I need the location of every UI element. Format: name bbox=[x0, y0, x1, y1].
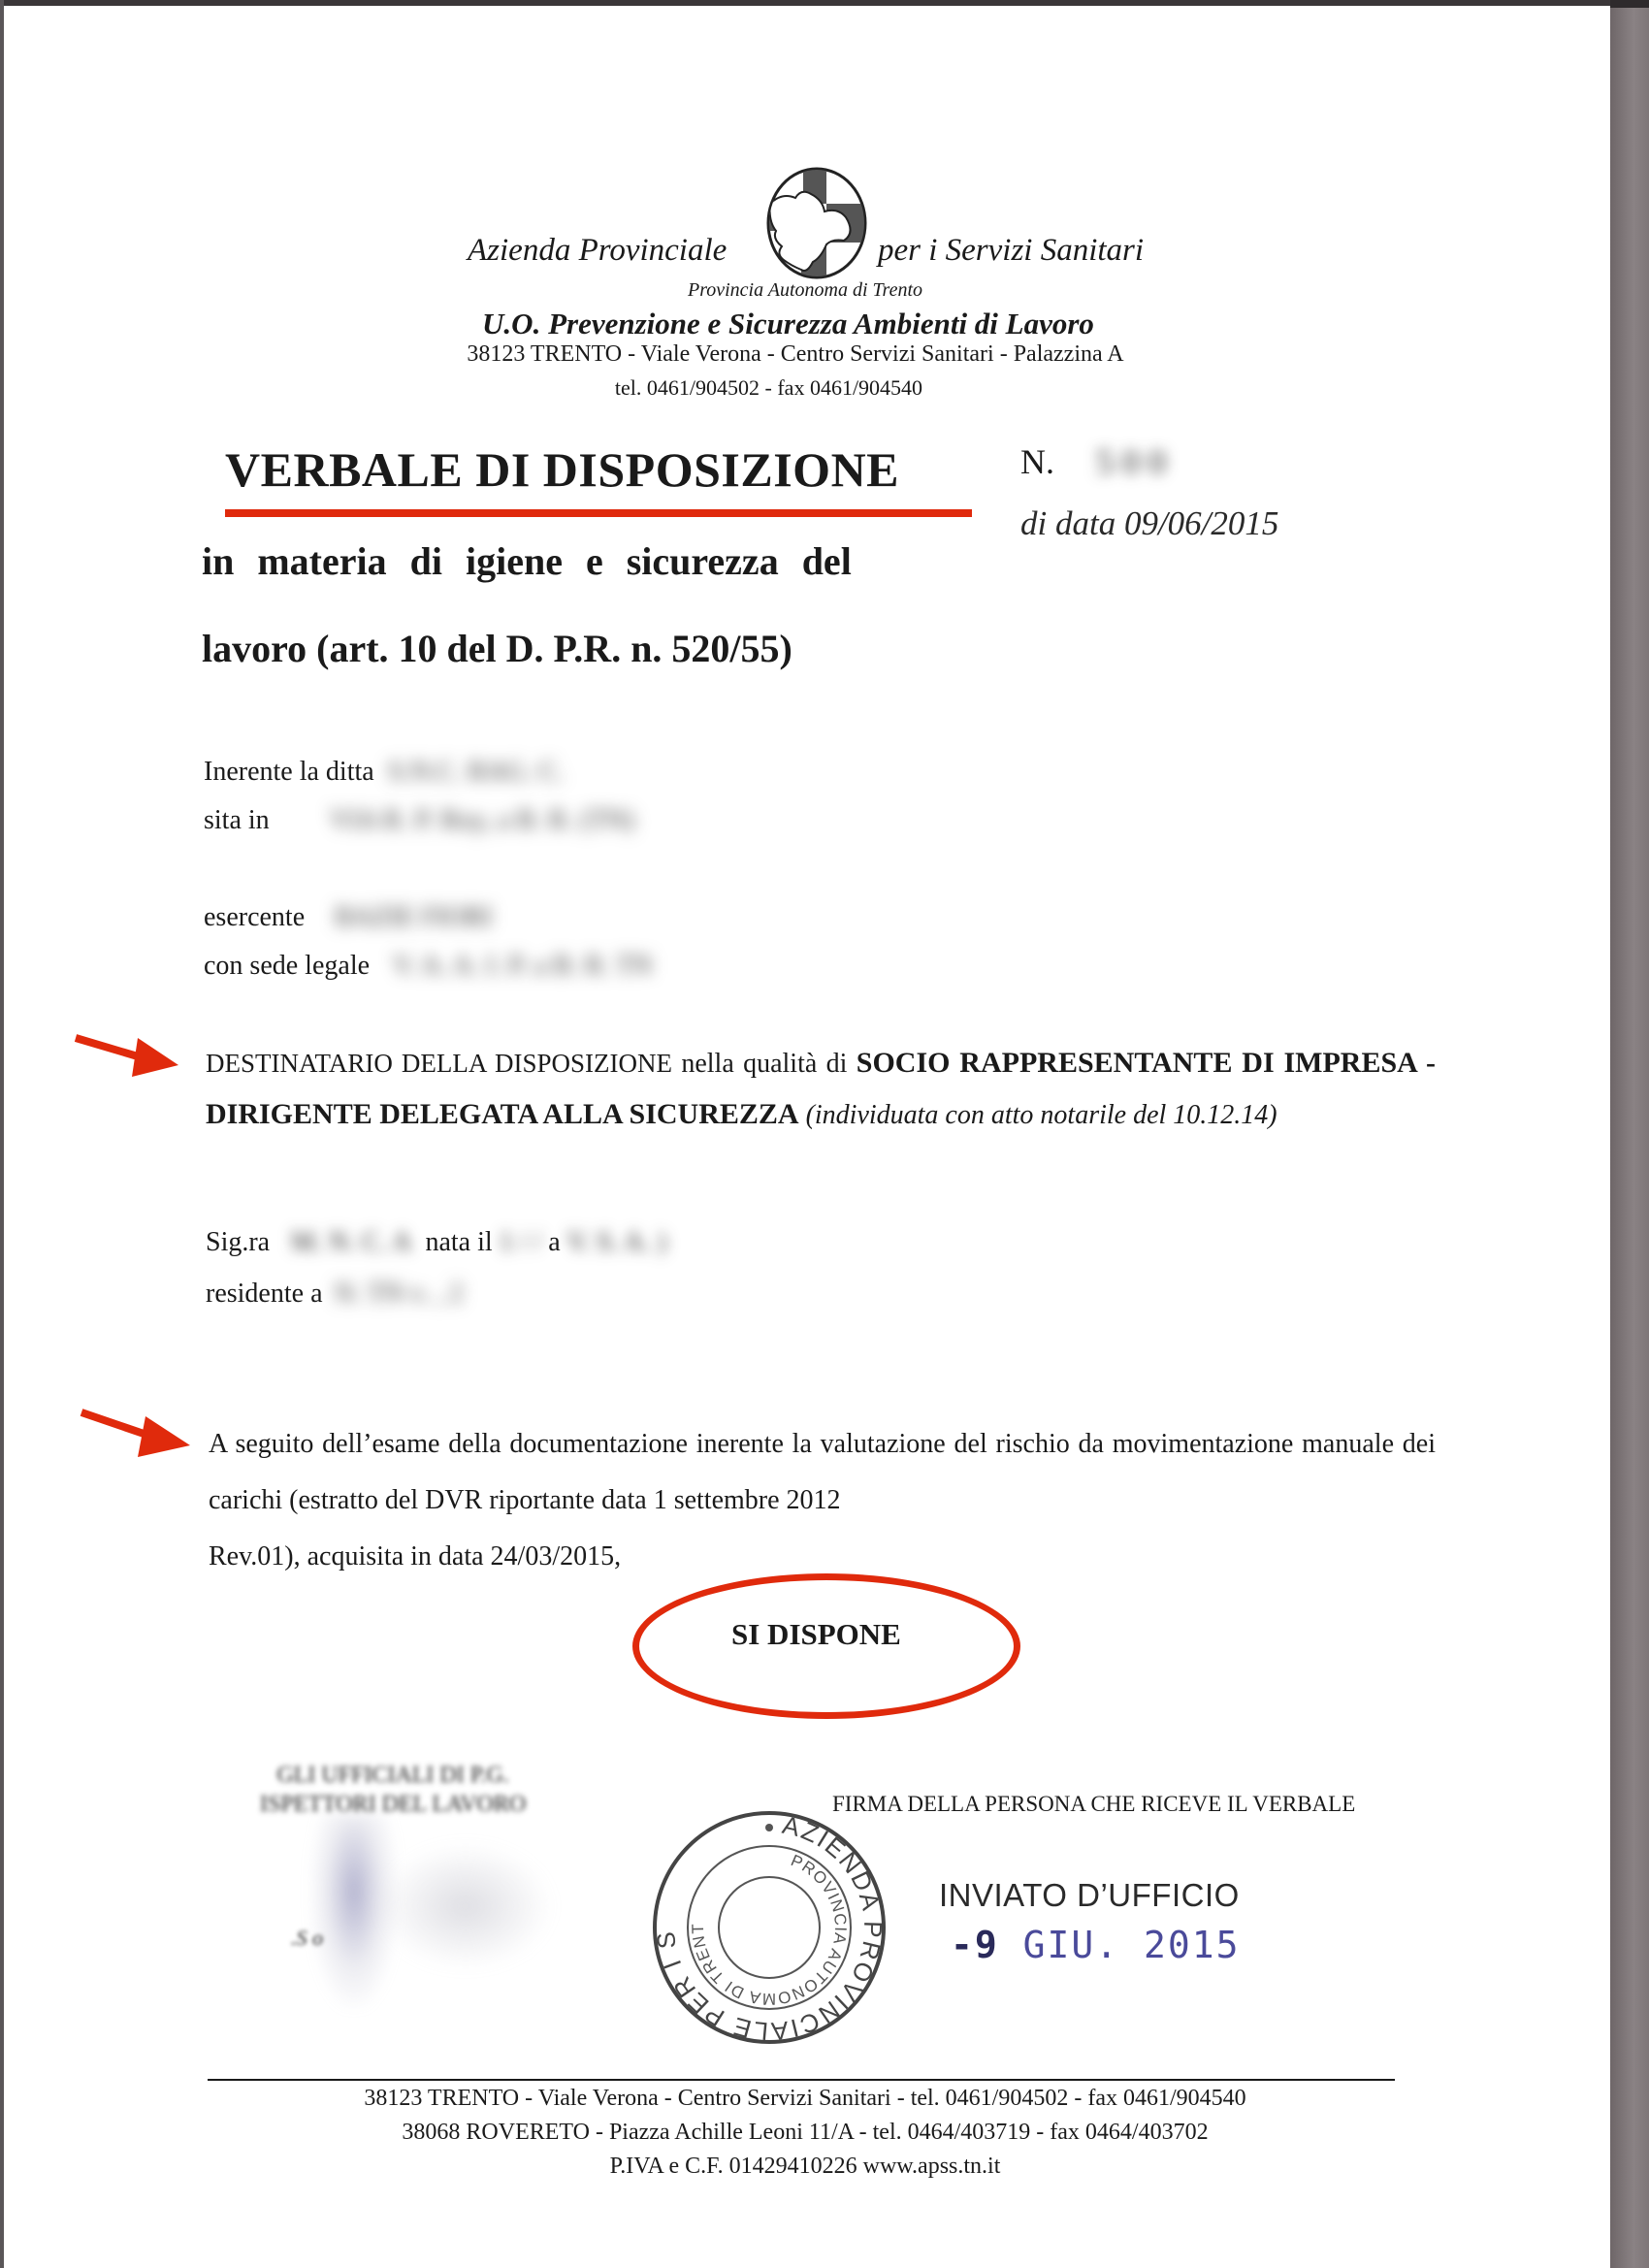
footer-vat-website: P.IVA e C.F. 01429410226 www.apss.tn.it bbox=[610, 2154, 1001, 2179]
operator-redacted: BAZIE FIORI bbox=[335, 902, 493, 933]
scan-border-corner bbox=[1610, 0, 1649, 8]
stamp-outer-text: AZIENDA PROVINCIALE PER I SERVIZI SANITA… bbox=[648, 1806, 888, 2046]
scan-border-top bbox=[0, 0, 1610, 6]
footer-line2: 38068 ROVERETO - Piazza Achille Leoni 11… bbox=[0, 2120, 1649, 2146]
sent-month-year: GIU. 2015 bbox=[1023, 1924, 1241, 1966]
residence-label: residente a bbox=[206, 1279, 323, 1310]
official-stamp-icon: AZIENDA PROVINCIALE PER I SERVIZI SANITA… bbox=[648, 1806, 890, 2049]
recipient-lead-text: nella qualità di bbox=[681, 1049, 847, 1079]
svg-text:AZIENDA PROVINCIALE PER I SERV: AZIENDA PROVINCIALE PER I SERVIZI SANITA… bbox=[648, 1806, 888, 2046]
footer-divider bbox=[208, 2079, 1395, 2081]
birth-place-redacted: V. S. A. ) bbox=[567, 1227, 666, 1258]
dispone-heading: SI DISPONE bbox=[731, 1617, 901, 1652]
trentino-map-globe-icon bbox=[762, 165, 871, 281]
body-paragraph-text: A seguito dell’esame della documentazion… bbox=[209, 1416, 1436, 1529]
officers-title: GLI UFFICIALI DI P.G. ISPETTORI DEL LAVO… bbox=[260, 1761, 526, 1819]
operator-label: esercente bbox=[204, 902, 305, 933]
footer-trento-address: 38123 TRENTO - Viale Verona - Centro Ser… bbox=[364, 2086, 1245, 2111]
recipient-salutation: Sig.ra bbox=[206, 1227, 270, 1258]
recipient-lead: DESTINATARIO DELLA DISPOSIZIONE bbox=[206, 1049, 672, 1078]
recipient-details: M. N. C. A nata il 1 / / a V. S. A. ) bbox=[291, 1227, 666, 1258]
stamp-inner-text: PROVINCIA AUTONOMA DI TRENTO bbox=[648, 1806, 850, 2008]
legal-seat-redacted: V. A. A. I. P. a B. R. TN bbox=[393, 951, 652, 982]
header-address-text: 38123 TRENTO - Viale Verona - Centro Ser… bbox=[467, 341, 1123, 367]
footer-line3: P.IVA e C.F. 01429410226 www.apss.tn.it bbox=[0, 2154, 1649, 2180]
company-label: Inerente la ditta bbox=[204, 757, 374, 788]
body-paragraph: A seguito dell’esame della documentazion… bbox=[209, 1416, 1436, 1585]
officer-signature-blur bbox=[378, 1843, 553, 1969]
red-arrow-icon bbox=[78, 1405, 194, 1463]
document-subtitle-line2: lavoro (art. 10 del D. P.R. n. 520/55) bbox=[202, 626, 792, 671]
unit-name: U.O. Prevenzione e Sicurezza Ambienti di… bbox=[0, 307, 1649, 341]
document-number-value: 5 0 0 bbox=[1096, 441, 1166, 482]
sent-by-office-label: INVIATO D’UFFICIO bbox=[939, 1877, 1240, 1914]
org-name-left: Azienda Provinciale bbox=[468, 233, 727, 269]
recipient-signature-label: FIRMA DELLA PERSONA CHE RICEVE IL VERBAL… bbox=[832, 1792, 1355, 1817]
location-redacted: VIA R. P. Roy, a B. R. (TN) bbox=[330, 805, 634, 836]
document-title: VERBALE DI DISPOSIZIONE bbox=[225, 441, 899, 498]
officers-line1: GLI UFFICIALI DI P.G. bbox=[260, 1761, 526, 1790]
sent-day: -9 bbox=[951, 1924, 999, 1966]
legal-seat-label: con sede legale bbox=[204, 951, 370, 982]
officer-name-redacted: .S o bbox=[291, 1926, 323, 1951]
header-address: 38123 TRENTO - Viale Verona - Centro Ser… bbox=[0, 341, 1649, 368]
province-name: Provincia Autonoma di Trento bbox=[0, 279, 1649, 302]
title-underline bbox=[225, 509, 972, 517]
province-text: Provincia Autonoma di Trento bbox=[688, 279, 922, 301]
unit-text: U.O. Prevenzione e Sicurezza Ambienti di… bbox=[482, 307, 1094, 340]
recipient-paragraph: DESTINATARIO DELLA DISPOSIZIONE nella qu… bbox=[206, 1038, 1436, 1141]
birth-label: nata il bbox=[425, 1227, 492, 1257]
red-arrow-icon bbox=[70, 1026, 186, 1085]
recipient-name-redacted: M. N. C. A bbox=[291, 1227, 411, 1258]
sent-date-stamp: -9 GIU. 2015 bbox=[951, 1924, 1241, 1966]
document-date: di data 09/06/2015 bbox=[1020, 504, 1278, 543]
residence-redacted: N. TN v. , 2 bbox=[335, 1279, 463, 1310]
document-number-redacted: 5 0 0 bbox=[1096, 441, 1166, 482]
header-contacts-text: tel. 0461/904502 - fax 0461/904540 bbox=[615, 375, 922, 400]
company-name-redacted: S.N.C. RAG. C. bbox=[388, 757, 564, 788]
header-contacts: tel. 0461/904502 - fax 0461/904540 bbox=[0, 375, 1649, 401]
recipient-note: (individuata con atto notarile del 10.12… bbox=[806, 1100, 1277, 1130]
location-label: sita in bbox=[204, 805, 270, 836]
org-name-right: per i Servizi Sanitari bbox=[878, 233, 1144, 269]
birth-place-label: a bbox=[548, 1227, 560, 1257]
footer-rovereto-address: 38068 ROVERETO - Piazza Achille Leoni 11… bbox=[402, 2120, 1208, 2145]
birth-date-redacted: 1 / / bbox=[500, 1227, 542, 1258]
svg-text:PROVINCIA AUTONOMA DI TRENTO: PROVINCIA AUTONOMA DI TRENTO bbox=[648, 1806, 850, 2008]
document-number-label: N. bbox=[1020, 441, 1054, 482]
footer-line1: 38123 TRENTO - Viale Verona - Centro Ser… bbox=[0, 2086, 1649, 2112]
officers-line2: ISPETTORI DEL LAVORO bbox=[260, 1790, 526, 1819]
document-subtitle-line1: in materia di igiene e sicurezza del bbox=[202, 538, 852, 584]
